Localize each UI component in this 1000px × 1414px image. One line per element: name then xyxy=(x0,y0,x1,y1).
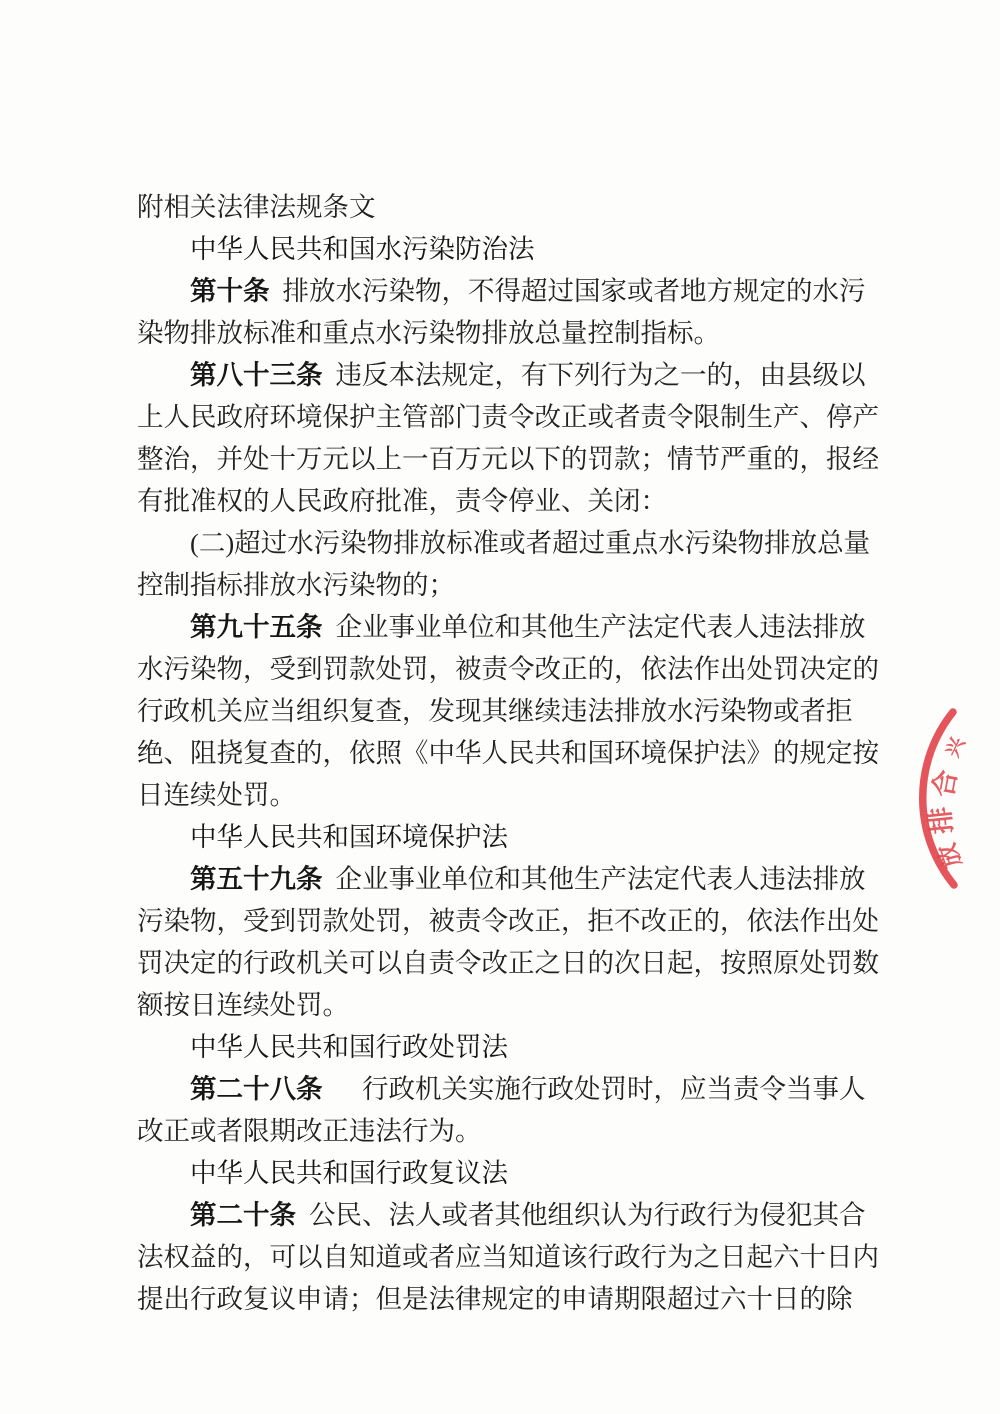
article-paragraph: 第十条排放水污染物，不得超过国家或者地方规定的水污染物排放标准和重点水污染物排放… xyxy=(137,270,879,354)
law-title: 中华人民共和国行政处罚法 xyxy=(137,1026,879,1068)
red-seal-stamp: 兴 合 排 放 xyxy=(900,700,1000,900)
article-number: 第八十三条 xyxy=(190,360,323,390)
legal-text-body: 附相关法律法规条文 中华人民共和国水污染防治法 第十条排放水污染物，不得超过国家… xyxy=(137,186,879,1320)
clause-text: (二)超过水污染物排放标准或者超过重点水污染物排放总量控制指标排放水污染物的； xyxy=(137,528,870,600)
law-section-administrative-penalty-law: 中华人民共和国行政处罚法 第二十八条 行政机关实施行政处罚时，应当责令当事人改正… xyxy=(137,1026,879,1152)
law-section-administrative-reconsideration-law: 中华人民共和国行政复议法 第二十条公民、法人或者其他组织认为行政行为侵犯其合法权… xyxy=(137,1152,879,1320)
article-clause-paragraph: (二)超过水污染物排放标准或者超过重点水污染物排放总量控制指标排放水污染物的； xyxy=(137,522,879,606)
article-number: 第十条 xyxy=(190,276,270,306)
article-paragraph: 第八十三条违反本法规定，有下列行为之一的，由县级以上人民政府环境保护主管部门责令… xyxy=(137,354,879,522)
article-paragraph: 第五十九条企业事业单位和其他生产法定代表人违法排放污染物，受到罚款处罚，被责令改… xyxy=(137,858,879,1026)
seal-character: 兴 xyxy=(941,733,970,761)
scanned-document-page: { "doc": { "attachment_heading": "附相关法律法… xyxy=(0,0,1000,1414)
article-number: 第二十条 xyxy=(190,1200,296,1230)
seal-character: 放 xyxy=(933,840,967,872)
article-number: 第五十九条 xyxy=(190,864,323,894)
article-paragraph: 第九十五条企业事业单位和其他生产法定代表人违法排放水污染物，受到罚款处罚，被责令… xyxy=(137,606,879,816)
article-paragraph: 第二十条公民、法人或者其他组织认为行政行为侵犯其合法权益的，可以自知道或者应当知… xyxy=(137,1194,879,1320)
law-section-water-pollution-law: 中华人民共和国水污染防治法 第十条排放水污染物，不得超过国家或者地方规定的水污染… xyxy=(137,228,879,816)
seal-character: 合 xyxy=(927,767,962,799)
article-number: 第九十五条 xyxy=(190,612,323,642)
seal-character: 排 xyxy=(925,805,958,835)
law-title: 中华人民共和国水污染防治法 xyxy=(137,228,879,270)
article-paragraph: 第二十八条 行政机关实施行政处罚时，应当责令当事人改正或者限期改正违法行为。 xyxy=(137,1068,879,1152)
article-number: 第二十八条 xyxy=(190,1074,323,1104)
law-section-environmental-protection-law: 中华人民共和国环境保护法 第五十九条企业事业单位和其他生产法定代表人违法排放污染… xyxy=(137,816,879,1026)
attachment-heading: 附相关法律法规条文 xyxy=(137,186,879,228)
law-title: 中华人民共和国环境保护法 xyxy=(137,816,879,858)
law-title: 中华人民共和国行政复议法 xyxy=(137,1152,879,1194)
seal-arc xyxy=(923,712,954,885)
